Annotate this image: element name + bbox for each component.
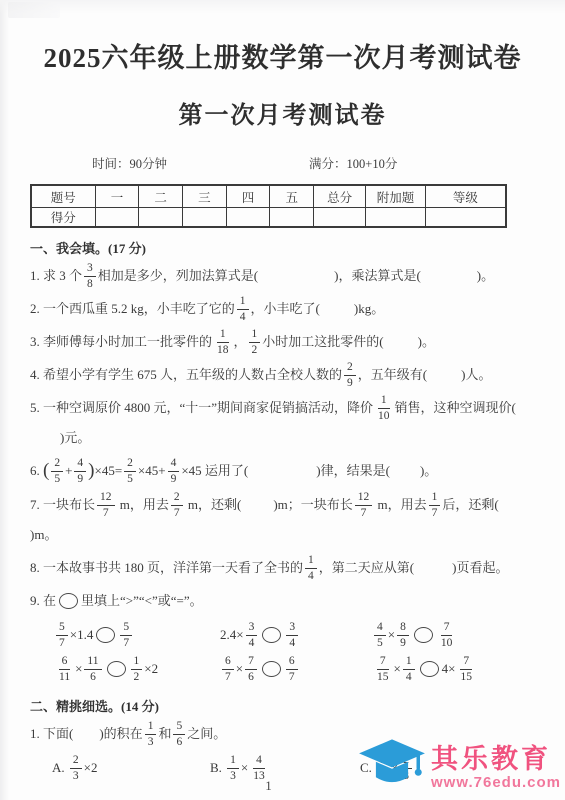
scan-artifact — [8, 2, 60, 18]
score-header-cell: 附加题 — [366, 185, 425, 208]
full-score-label: 满分：100+10分 — [309, 154, 397, 172]
fraction: 12 — [249, 328, 261, 355]
exam-meta-row: 时间：90分钟 满分：100+10分 — [0, 154, 565, 172]
score-row-label: 得分 — [31, 208, 95, 228]
fraction: 17 — [429, 491, 441, 518]
fraction: 34 — [286, 621, 298, 648]
answer-blank — [384, 345, 418, 346]
fraction: 56 — [173, 720, 185, 747]
fraction: 34 — [246, 621, 258, 648]
paper-body: 题号 一 二 三 四 五 总分 附加题 等级 得分 — [0, 184, 565, 784]
brand-website: www.76edu.com — [431, 774, 561, 792]
answer-blank — [248, 474, 316, 475]
answer-blank — [499, 508, 531, 509]
fraction: 710 — [438, 621, 456, 648]
section-2-title: 二、精挑细选。(14 分) — [30, 696, 537, 715]
comparison-expression: 45×89710 — [372, 618, 537, 652]
fraction: 14 — [305, 554, 317, 581]
answer-blank — [427, 378, 461, 379]
question-7: 7. 一块布长127 m，用去27 m，还剩()m；一块布长127 m，用去17… — [30, 490, 537, 550]
answer-blank — [73, 737, 99, 738]
logo-text-block: 其乐教育 www.76edu.com — [431, 745, 561, 791]
comparison-expression: 67×7667 — [220, 652, 372, 686]
score-header-cell: 二 — [139, 185, 183, 208]
comparison-circle-blank — [96, 627, 115, 643]
question-6: 6. (25+49)×45=25×45+49×45 运用了()律，结果是()。 — [30, 456, 537, 487]
score-header-cell: 五 — [270, 185, 314, 208]
score-header-cell: 一 — [95, 185, 139, 208]
publisher-logo: 其乐教育 www.76edu.com — [357, 735, 561, 800]
fraction: 57 — [56, 621, 68, 648]
fraction: 14 — [237, 295, 249, 322]
big-parenthesis: ) — [88, 460, 94, 481]
score-empty-cell — [95, 208, 139, 228]
fraction: 57 — [120, 621, 132, 648]
fraction: 38 — [84, 262, 96, 289]
fraction: 25 — [124, 457, 136, 484]
section-1-title: 一、我会填。(17 分) — [30, 238, 537, 257]
comparison-circle-blank — [107, 661, 126, 677]
score-header-cell: 题号 — [31, 185, 95, 208]
page-subtitle: 第一次月考测试卷 — [0, 95, 565, 130]
score-header-cell: 四 — [226, 185, 270, 208]
score-empty-cell — [425, 208, 506, 228]
fraction: 76 — [245, 655, 257, 682]
scan-edge-shadow-left — [0, 0, 9, 800]
graduation-cap-icon — [357, 735, 427, 800]
score-empty-cell — [183, 208, 227, 228]
score-empty-cell — [139, 208, 183, 228]
comparison-circle-blank — [420, 661, 439, 677]
comparison-circle-blank — [59, 593, 78, 609]
question-2: 2. 一个西瓜重 5.2 kg，小丰吃了它的14，小丰吃了()kg。 — [30, 294, 537, 324]
score-empty-cell — [270, 208, 314, 228]
score-table-score-row: 得分 — [31, 208, 506, 228]
fraction: 611 — [56, 655, 73, 682]
fraction: 67 — [222, 655, 234, 682]
answer-blank — [421, 279, 477, 280]
fraction: 67 — [286, 655, 298, 682]
comparison-circle-blank — [414, 627, 433, 643]
comparison-circle-blank — [262, 661, 281, 677]
answer-blank — [390, 474, 420, 475]
question-9-comparison-grid: 57×1.457 2.4×3434 45×89710 611×11612×2 6… — [30, 618, 537, 686]
comparison-expression: 2.4×3434 — [220, 618, 372, 652]
fraction: 13 — [145, 720, 157, 747]
score-empty-cell — [226, 208, 270, 228]
question-3: 3. 李师傅每小时加工一批零件的118，12小时加工这批零件的()。 — [30, 327, 537, 357]
score-empty-cell — [366, 208, 425, 228]
answer-blank — [241, 508, 273, 509]
scan-edge-shadow-top — [0, 0, 565, 14]
fraction: 12 — [131, 655, 143, 682]
fraction: 715 — [374, 655, 392, 682]
fraction: 110 — [375, 394, 393, 421]
answer-blank — [414, 571, 452, 572]
score-table: 题号 一 二 三 四 五 总分 附加题 等级 得分 — [30, 184, 507, 228]
page-title: 2025六年级上册数学第一次月考测试卷 — [6, 36, 559, 75]
fraction: 27 — [171, 491, 183, 518]
score-header-cell: 三 — [183, 185, 227, 208]
comparison-expression: 611×11612×2 — [54, 652, 220, 686]
fraction: 29 — [344, 361, 356, 388]
comparison-circle-blank — [262, 627, 281, 643]
score-header-cell: 等级 — [425, 185, 506, 208]
fraction: 49 — [74, 457, 86, 484]
answer-blank — [258, 279, 334, 280]
brand-name: 其乐教育 — [431, 745, 551, 773]
fraction: 118 — [214, 328, 232, 355]
question-8: 8. 一本故事书共 180 页，洋洋第一天看了全书的14，第二天应从第()页看起… — [30, 553, 537, 583]
score-table-header-row: 题号 一 二 三 四 五 总分 附加题 等级 — [31, 185, 506, 208]
answer-blank — [30, 441, 60, 442]
answer-blank — [320, 312, 354, 313]
fraction: 45 — [374, 621, 386, 648]
question-5: 5. 一种空调原价 4800 元，“十一”期间商家促销搞活动，降价110销售，这… — [30, 393, 537, 453]
question-9: 9. 在里填上“>”“<”或“=”。 — [30, 586, 537, 616]
score-header-cell: 总分 — [314, 185, 366, 208]
fraction: 715 — [457, 655, 475, 682]
test-paper-page: 2025六年级上册数学第一次月考测试卷 第一次月考测试卷 时间：90分钟 满分：… — [0, 0, 565, 800]
comparison-expression: 57×1.457 — [54, 618, 220, 652]
time-limit-label: 时间：90分钟 — [92, 154, 167, 172]
fraction: 116 — [84, 655, 101, 682]
score-empty-cell — [314, 208, 366, 228]
fraction: 127 — [355, 491, 373, 518]
fraction: 14 — [403, 655, 415, 682]
fraction: 127 — [97, 491, 115, 518]
comparison-expression: 715×144×715 — [372, 652, 537, 686]
big-parenthesis: ( — [43, 460, 49, 481]
question-1: 1. 求 3 个38相加是多少，列加法算式是()，乘法算式是()。 — [30, 261, 537, 291]
question-4: 4. 希望小学有学生 675 人，五年级的人数占全校人数的29，五年级有()人。 — [30, 360, 537, 390]
fraction: 25 — [51, 457, 63, 484]
fraction: 49 — [168, 457, 180, 484]
fraction: 89 — [397, 621, 409, 648]
